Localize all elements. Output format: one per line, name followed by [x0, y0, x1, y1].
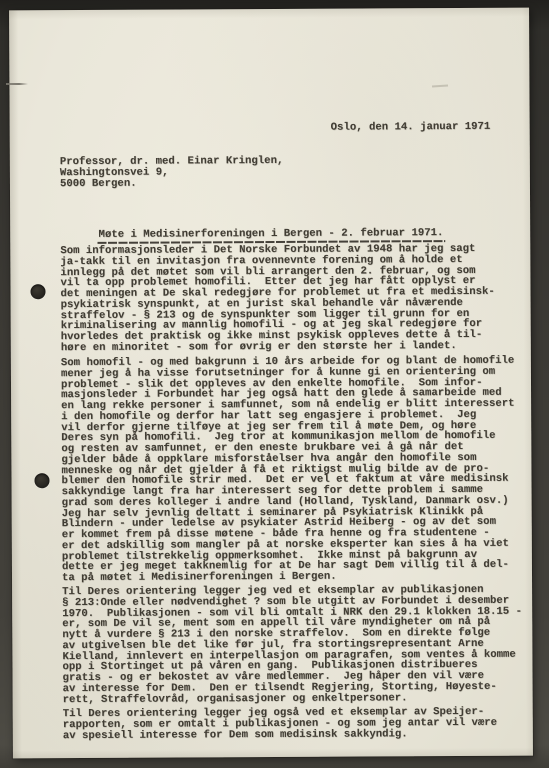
body-paragraph-3: Til Deres orientering legger jeg ved et … [62, 585, 522, 706]
body-paragraph-4: Til Deres orientering legger jeg også ve… [63, 707, 497, 742]
body-paragraph-1: Som informasjonsleder i Det Norske Forbu… [60, 244, 495, 354]
subject-text: Møte i Medisinerforeningen i Bergen - 2.… [99, 228, 444, 244]
recipient-address: Professor, dr. med. Einar Kringlen, Wash… [60, 156, 284, 190]
letter-paper: Oslo, den 14. januar 1971 Professor, dr.… [9, 8, 533, 759]
date-line: Oslo, den 14. januar 1971 [331, 122, 491, 134]
body-paragraph-2: Som homofil - og med bakgrunn i 10 års a… [61, 356, 516, 584]
hole-punch-bottom [34, 473, 49, 488]
hole-punch-top [30, 284, 45, 299]
photo-background: Oslo, den 14. januar 1971 Professor, dr.… [0, 0, 549, 768]
pen-mark-left-edge [6, 83, 28, 85]
